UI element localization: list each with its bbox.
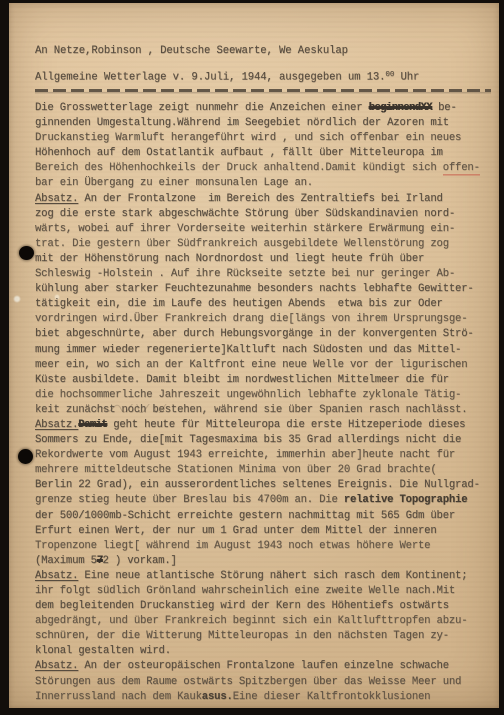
- text-segment: dem begleitenden Druckanstieg wird der K…: [35, 600, 449, 612]
- punch-hole-top: [19, 246, 34, 260]
- text-segment: Höhenhoch auf dem Ostatlantik aufbaut , …: [35, 147, 443, 159]
- text-segment-u: Absatz.: [35, 419, 78, 431]
- text-segment: An der Frontalzone im Bereich des Zentra…: [78, 193, 442, 205]
- text-segment: Die Grosswetterlage zeigt nunmehr die An…: [35, 102, 369, 114]
- text-segment: die hochsommerliche Jahreszeit ungewöhnl…: [35, 389, 461, 401]
- text-segment: Störungen aus dem Raume ostwärts Spitzbe…: [35, 676, 461, 688]
- text-line: biet abgeschnürte, aber durch Hebungsvor…: [35, 327, 493, 342]
- text-line: der 500/1000mb-Schicht erreichte gestern…: [35, 509, 493, 524]
- text-line: Störungen aus dem Raume ostwärts Spitzbe…: [35, 675, 493, 690]
- text-line: grenze stieg heute über Breslau bis 4700…: [35, 493, 493, 508]
- text-line: dem begleitenden Druckanstieg wird der K…: [35, 599, 493, 614]
- text-line: trat. Die gestern über Südfrankreich aus…: [35, 237, 493, 252]
- text-segment: tätigkeit ein, die im Laufe des heutigen…: [35, 298, 443, 310]
- text-segment: Eine neue atlantische Störung nähert sic…: [78, 570, 467, 582]
- text-line: die hochsommerliche Jahreszeit ungewöhnl…: [35, 388, 493, 403]
- text-line: meer ein, wo sich an der Kaltfront eine …: [35, 358, 493, 373]
- text-line: Innerrussland nach dem Kaukasus.Eine die…: [35, 690, 493, 705]
- scanned-document-page: An Netze,Robinson , Deutsche Seewarte, W…: [0, 0, 504, 715]
- text-segment: Sommers zu Ende, die[mit Tagesmaxima bis…: [35, 434, 461, 446]
- text-segment: Rekordwerte vom August 1943 erreichte, i…: [35, 449, 455, 461]
- text-line: ihr folgt südlich Grönland wahrscheinlic…: [35, 584, 493, 599]
- text-segment: biet abgeschnürte, aber durch Hebungsvor…: [35, 328, 474, 340]
- text-line: Druckanstieg Warmluft herangeführt wird …: [35, 131, 493, 146]
- punch-hole-bottom: [18, 449, 33, 464]
- text-segment-b: asus.: [202, 691, 233, 703]
- text-line: wärts, wobei auf ihrer Vorderseite weite…: [35, 222, 493, 237]
- text-segment-x: beginnendXX: [369, 102, 432, 114]
- text-line: Höhenhoch auf dem Ostatlantik aufbaut , …: [35, 146, 493, 161]
- text-segment: Berlin 22 Grad), ein ausserordentliches …: [35, 479, 480, 491]
- text-segment: ginnenden Umgestaltung.Während im Seegeb…: [35, 117, 449, 129]
- text-line: ginnenden Umgestaltung.Während im Seegeb…: [35, 116, 493, 131]
- text-line: mung immer wieder regenerierte]Kaltluft …: [35, 343, 493, 358]
- text-segment: Druckanstieg Warmluft herangeführt wird …: [35, 132, 461, 144]
- text-segment-x: Damit: [78, 419, 107, 431]
- text-segment: keit zunächst noch bestehen, während sie…: [35, 404, 467, 416]
- text-segment: ihr folgt südlich Grönland wahrscheinlic…: [35, 585, 455, 597]
- text-line: Schleswig -Holstein . Auf ihre Rückseite…: [35, 267, 493, 282]
- text-line: Bereich des Höhenhochkeils der Druck anh…: [35, 161, 493, 176]
- text-segment: mehrere mitteldeutsche Stationen Minima …: [35, 464, 437, 476]
- text-line: Erfurt einen Wert, der nur um 1 Grad unt…: [35, 524, 493, 539]
- text-line: Absatz. An der osteuropäischen Frontalzo…: [35, 659, 493, 674]
- text-segment: Tropenzone liegt[ während im August 1943…: [35, 540, 430, 552]
- text-line: kühlung aber starker Feuchtezunahme beso…: [35, 282, 493, 297]
- text-segment: abgedrängt, und über Frankreich beginnt …: [35, 615, 467, 627]
- text-segment: bar ein Übergang zu einer monsunalen Lag…: [35, 177, 313, 189]
- text-segment: (Maximum 5: [35, 555, 97, 567]
- text-line: Sommers zu Ende, die[mit Tagesmaxima bis…: [35, 433, 493, 448]
- text-line: mehrere mitteldeutsche Stationen Minima …: [35, 463, 493, 478]
- text-line: Rekordwerte vom August 1943 erreichte, i…: [35, 448, 493, 463]
- text-segment: mung immer wieder regenerierte]Kaltluft …: [35, 344, 461, 356]
- text-line: schnüren, der die Witterung Mitteleuropa…: [35, 629, 493, 644]
- text-segment: geht heute für Mitteleuropa die erste Hi…: [107, 419, 465, 431]
- text-segment: grenze stieg heute über Breslau bis 4700…: [35, 494, 344, 506]
- text-line: tätigkeit ein, die im Laufe des heutigen…: [35, 297, 493, 312]
- text-segment: der 500/1000mb-Schicht erreichte gestern…: [35, 510, 455, 522]
- text-segment: klonal gestalten wird.: [35, 645, 171, 657]
- text-line: abgedrängt, und über Frankreich beginnt …: [35, 614, 493, 629]
- text-segment: trat. Die gestern über Südfrankreich aus…: [35, 238, 449, 250]
- text-segment: be-: [432, 102, 457, 114]
- text-line: Absatz.Damit geht heute für Mitteleuropa…: [35, 418, 493, 433]
- text-segment-r: offen-: [443, 162, 480, 174]
- text-segment: Eine dieser Kaltfrontokklusionen: [233, 691, 431, 703]
- text-segment: meer ein, wo sich an der Kaltfront eine …: [35, 359, 467, 371]
- text-segment: Bereich des Höhenhochkeils der Druck anh…: [35, 162, 443, 174]
- text-segment: kühlung aber starker Feuchtezunahme beso…: [35, 283, 474, 295]
- text-line: Berlin 22 Grad), ein ausserordentliches …: [35, 478, 493, 493]
- text-segment-u: Absatz.: [35, 193, 78, 205]
- address-line: An Netze,Robinson , Deutsche Seewarte, W…: [35, 45, 348, 57]
- title-text-suffix: Uhr: [394, 72, 419, 84]
- text-line: klonal gestalten wird.: [35, 644, 493, 659]
- text-segment: 2 ) vorkam.]: [103, 555, 177, 567]
- text-segment-u: Absatz.: [35, 570, 78, 582]
- text-segment: mit der Höhenstörung nach Nordnordost un…: [35, 253, 424, 265]
- text-segment: Schleswig -Holstein . Auf ihre Rückseite…: [35, 268, 455, 280]
- text-line: Absatz. Eine neue atlantische Störung nä…: [35, 569, 493, 584]
- text-segment: zog die erste stark abgeschwächte Störun…: [35, 208, 455, 220]
- text-line: keit zunächst noch bestehen, während sie…: [35, 403, 493, 418]
- title-line: Allgemeine Wetterlage v. 9.Juli, 1944, a…: [35, 71, 419, 84]
- document-body: Die Grosswetterlage zeigt nunmehr die An…: [35, 101, 493, 705]
- text-segment: An der osteuropäischen Frontalzone laufe…: [78, 660, 449, 672]
- text-segment: vordringen wird.Über Frankreich drang di…: [35, 313, 467, 325]
- text-line: mit der Höhenstörung nach Nordnordost un…: [35, 252, 493, 267]
- text-line: zog die erste stark abgeschwächte Störun…: [35, 207, 493, 222]
- text-segment: Innerrussland nach dem Kauk: [35, 691, 202, 703]
- text-line: vordringen wird.Über Frankreich drang di…: [35, 312, 493, 327]
- text-segment: schnüren, der die Witterung Mitteleuropa…: [35, 630, 449, 642]
- text-line: Tropenzone liegt[ während im August 1943…: [35, 539, 493, 554]
- text-segment-b: relative Topographie: [344, 494, 468, 506]
- text-segment: wärts, wobei auf ihrer Vorderseite weite…: [35, 223, 455, 235]
- text-line: Küste ausbildete. Damit bleibt im nordwe…: [35, 373, 493, 388]
- title-text: Allgemeine Wetterlage v. 9.Juli, 1944, a…: [35, 72, 385, 84]
- text-segment-u: Absatz.: [35, 660, 78, 672]
- text-segment: Küste ausbildete. Damit bleibt im nordwe…: [35, 374, 449, 386]
- text-segment: Erfurt einen Wert, der nur um 1 Grad unt…: [35, 525, 437, 537]
- text-line: Absatz. An der Frontalzone im Bereich de…: [35, 192, 493, 207]
- title-separator-rule: [35, 89, 491, 92]
- text-line: bar ein Übergang zu einer monsunalen Lag…: [35, 176, 493, 191]
- title-time-superscript: 00: [385, 71, 394, 79]
- text-line: (Maximum 572 ) vorkam.]: [35, 554, 493, 569]
- text-line: Die Grosswetterlage zeigt nunmehr die An…: [35, 101, 493, 116]
